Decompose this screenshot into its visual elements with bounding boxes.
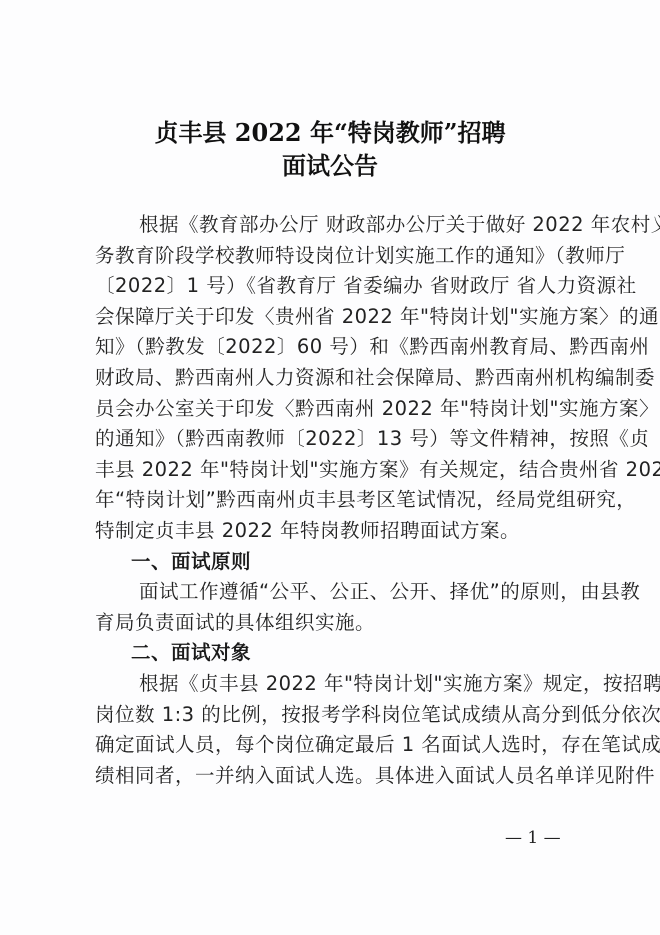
paragraph-line: 绩相同者，一并纳入面试人选。具体进入面试人员名单详见附件 [95,761,585,792]
paragraph-line: 财政局、黔西南州人力资源和社会保障局、黔西南州机构编制委 [95,363,585,394]
paragraph-line: 确定面试人员，每个岗位确定最后 1 名面试人选时，存在笔试成 [95,730,585,761]
document-subtitle: 面试公告 [0,146,660,181]
paragraph-line: 知》（黔教发〔2022〕60 号）和《黔西南州教育局、黔西南州 [95,332,585,363]
paragraph-line: 的通知》（黔西南教师〔2022〕13 号）等文件精神，按照《贞 [95,424,585,455]
section-heading: 二、面试对象 [95,638,585,669]
paragraph-line: 务教育阶段学校教师特设岗位计划实施工作的通知》（教师厅 [95,241,585,272]
document-title: 贞丰县 2022 年“特岗教师”招聘 [0,113,660,148]
paragraph-line: 育局负责面试的具体组织实施。 [95,608,585,639]
section-heading: 一、面试原则 [95,547,585,578]
paragraph-line: 面试工作遵循“公平、公正、公开、择优”的原则，由县教 [95,577,585,608]
paragraph-line: 员会办公室关于印发〈黔西南州 2022 年"特岗计划"实施方案〉 [95,394,585,425]
page-number: — 1 — [505,828,561,848]
paragraph-line: 会保障厅关于印发〈贵州省 2022 年"特岗计划"实施方案〉的通 [95,302,585,333]
paragraph-line: 丰县 2022 年"特岗计划"实施方案》有关规定，结合贵州省 2022 [95,455,585,486]
paragraph-line: 根据《教育部办公厅 财政部办公厅关于做好 2022 年农村义 [95,210,585,241]
paragraph-line: 年“特岗计划”黔西南州贞丰县考区笔试情况，经局党组研究， [95,485,585,516]
paragraph-line: 〔2022〕1 号）《省教育厅 省委编办 省财政厅 省人力资源社 [95,271,585,302]
paragraph-line: 岗位数 1:3 的比例，按报考学科岗位笔试成绩从高分到低分依次 [95,700,585,731]
paragraph-line: 特制定贞丰县 2022 年特岗教师招聘面试方案。 [95,516,585,547]
document-body: 根据《教育部办公厅 财政部办公厅关于做好 2022 年农村义 务教育阶段学校教师… [95,210,585,791]
paragraph-line: 根据《贞丰县 2022 年"特岗计划"实施方案》规定，按招聘 [95,669,585,700]
document-page: 贞丰县 2022 年“特岗教师”招聘 面试公告 根据《教育部办公厅 财政部办公厅… [0,0,660,935]
